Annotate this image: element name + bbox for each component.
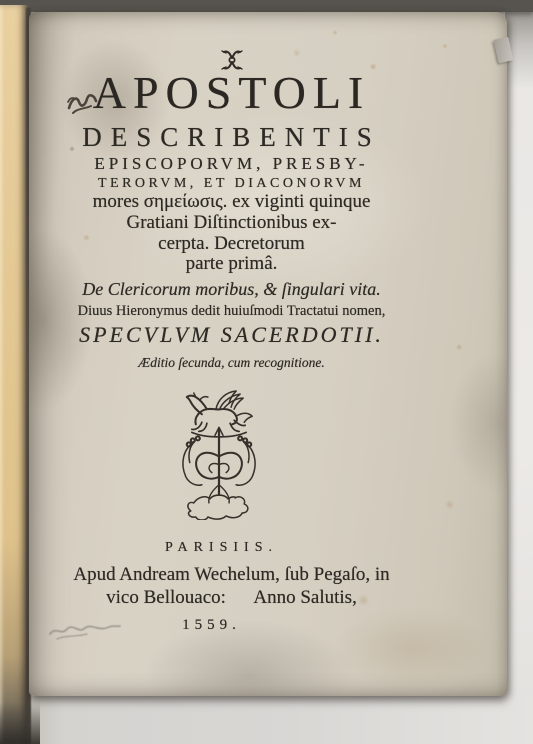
italic-motto-line: De Clericorum moribus, & ſingulari vita. [29,280,434,298]
edition-line: Æditio ſecunda, cum recognitione. [29,356,434,370]
backdrop-right-surface [505,0,533,744]
bottom-left-shadow [0,702,40,744]
imprint-line: vico Bellouaco: Anno Salutis, [29,588,434,607]
subtitle-line: DESCRIBENTIS [29,124,434,151]
backdrop-top-shadow [0,0,533,12]
faded-handwriting-mark [47,618,123,644]
title-page: APOSTOLI DESCRIBENTIS EPISCOPORVM, PRESB… [29,12,507,696]
book-photo: APOSTOLI DESCRIBENTIS EPISCOPORVM, PRESB… [0,0,533,744]
work-title: SPECVLVM SACERDOTII. [29,324,434,346]
subtitle-line: mores σημείωσις. ex viginti quinque [29,192,434,211]
imprint-city: PARISIIS. [19,541,424,555]
handwritten-ink-mark-icon [65,86,101,118]
subtitle-line: Gratiani Diſtinctionibus ex- [29,213,434,232]
subtitle-line: EPISCOPORVM, PRESBY- [29,155,434,172]
subtitle-line: TERORVM, ET DIACONORVM [29,177,434,191]
attribution-line: Diuus Hieronymus dedit huiuſmodi Tractat… [29,304,434,319]
subtitle-line: cerpta. Decretorum [29,234,434,253]
book-fore-edge [0,5,27,744]
pegasus-caduceus-printer-device-icon [173,384,265,520]
imprint-line: Apud Andream Wechelum, ſub Pegaſo, in [29,565,434,584]
backdrop-bottom-surface [0,694,533,744]
subtitle-line: parte primâ. [29,254,434,273]
